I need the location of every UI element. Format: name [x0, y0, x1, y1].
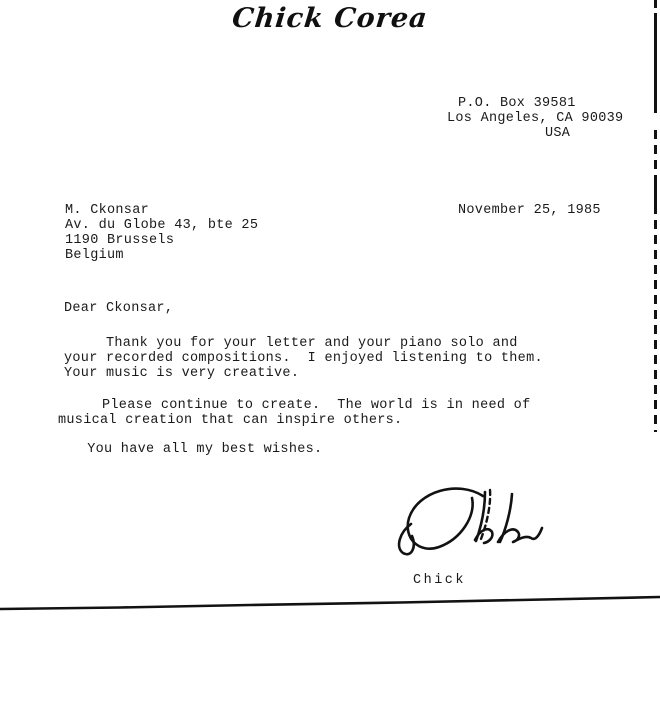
- scan-right-edge-line-solid: [654, 13, 657, 113]
- body-paragraph1-line2: your recorded compositions. I enjoyed li…: [64, 351, 543, 366]
- sender-address-line-3: USA: [545, 126, 570, 141]
- scanned-letter-page: Chick Corea P.O. Box 39581 Los Angeles, …: [0, 0, 660, 704]
- body-paragraph3-line1: You have all my best wishes.: [62, 442, 322, 457]
- handwritten-signature: [386, 479, 551, 574]
- recipient-address-line-3: 1190 Brussels: [65, 233, 174, 248]
- salutation: Dear Ckonsar,: [64, 301, 173, 316]
- recipient-address-line-2: Av. du Globe 43, bte 25: [65, 218, 258, 233]
- scan-bottom-edge-line: [0, 588, 660, 614]
- sender-address-line-1: P.O. Box 39581: [458, 96, 576, 111]
- recipient-address-line-4: Belgium: [65, 248, 124, 263]
- body-paragraph1-line1: Thank you for your letter and your piano…: [64, 336, 518, 351]
- scan-right-edge-line-dashed: [654, 130, 657, 432]
- sender-address-line-2: Los Angeles, CA 90039: [447, 111, 623, 126]
- scan-right-edge-long-dash: [654, 182, 657, 214]
- scan-right-edge-mark-top: [654, 0, 657, 8]
- body-paragraph2-line2: musical creation that can inspire others…: [58, 413, 402, 428]
- letterhead-script-name: Chick Corea: [18, 3, 641, 34]
- recipient-address-line-1: M. Ckonsar: [65, 203, 149, 218]
- typed-signature-name: Chick: [413, 573, 466, 588]
- body-paragraph2-line1: Please continue to create. The world is …: [60, 398, 530, 413]
- body-paragraph1-line3: Your music is very creative.: [64, 366, 299, 381]
- date-line: November 25, 1985: [458, 203, 601, 218]
